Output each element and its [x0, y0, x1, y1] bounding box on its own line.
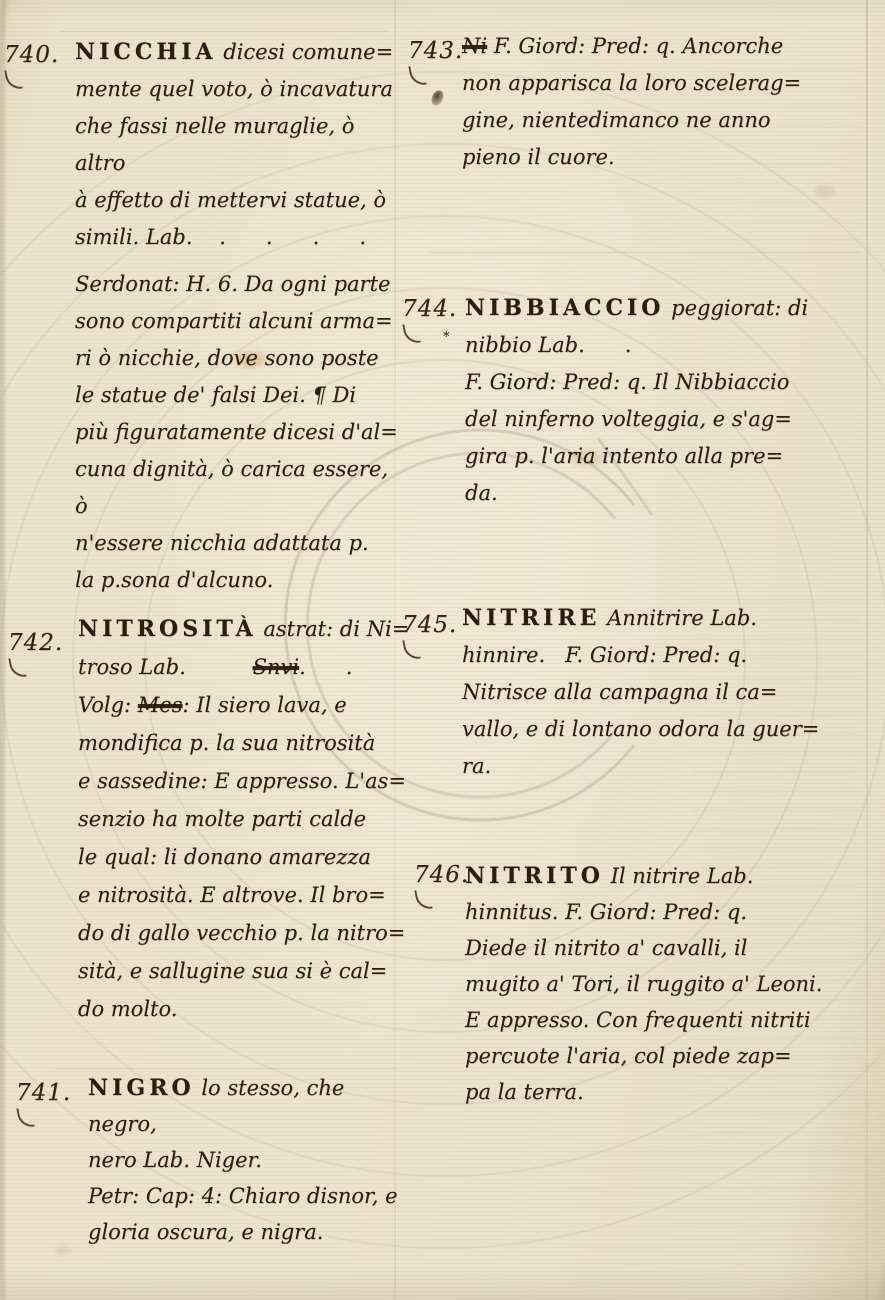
struck-text: Mes	[138, 693, 183, 717]
entry-text: NICCHIA dicesi comune=mente quel voto, ò…	[75, 34, 399, 599]
foxing-spot	[815, 185, 835, 197]
manuscript-line: Petr: Cap: 4: Chiaro disnor, e	[88, 1178, 398, 1214]
manuscript-line: più figuratamente dicesi d'al=	[75, 414, 399, 451]
entry-text: NITROSITÀ astrat: di Ni=troso Lab. Snvi.…	[78, 610, 412, 1028]
entry-number-block: 740.	[4, 44, 59, 90]
entry-number: 742.	[8, 630, 63, 656]
manuscript-line: sità, e sallugine sua si è cal=	[78, 952, 412, 990]
entry-number-block: 745.	[402, 614, 457, 660]
manuscript-line: Serdonat: H. 6. Da ogni parte	[75, 266, 399, 303]
foxing-spot	[55, 1245, 71, 1255]
manuscript-line: NICCHIA dicesi comune=	[75, 34, 399, 71]
manuscript-line: NITRITO Il nitrire Lab.	[465, 858, 865, 894]
paper-chain-line	[430, 252, 860, 253]
manuscript-line: E appresso. Con frequenti nitriti	[465, 1002, 865, 1038]
number-flourish-icon	[414, 888, 432, 911]
manuscript-line: pieno il cuore.	[462, 139, 862, 176]
number-flourish-icon	[16, 1106, 34, 1129]
manuscript-line: pa la terra.	[465, 1074, 865, 1110]
margin-asterisk: *	[443, 330, 450, 345]
manuscript-line: sono compartiti alcuni arma=	[75, 303, 399, 340]
entry-text: Ni F. Giord: Pred: q. Ancorchenon appari…	[462, 28, 862, 176]
entry-number: 741.	[16, 1080, 71, 1106]
number-flourish-icon	[402, 322, 420, 345]
number-flourish-icon	[402, 638, 420, 661]
manuscript-line: nibbio Lab. .	[465, 327, 865, 364]
paper-chain-line	[60, 31, 390, 32]
manuscript-line: Nitrisce alla campagna il ca=	[462, 674, 862, 711]
manuscript-line: ri ò nicchie, dove sono poste	[75, 340, 399, 377]
manuscript-line: F. Giord: Pred: q. Il Nibbiaccio	[465, 364, 865, 401]
manuscript-line: le statue de' falsi Dei. ¶ Di	[75, 377, 399, 414]
manuscript-line: hinnire. F. Giord: Pred: q.	[462, 637, 862, 674]
manuscript-line: gine, nientedimanco ne anno	[462, 102, 862, 139]
manuscript-line: Diede il nitrito a' cavalli, il	[465, 930, 865, 966]
entry-text: NITRIRE Annitrire Lab.hinnire. F. Giord:…	[462, 600, 862, 785]
number-flourish-icon	[8, 656, 26, 679]
manuscript-page: 740. NICCHIA dicesi comune=mente quel vo…	[0, 0, 885, 1300]
entry-number-block: 743.	[408, 40, 463, 86]
manuscript-line: do di gallo vecchio p. la nitro=	[78, 914, 412, 952]
entry-number: 740.	[4, 42, 59, 68]
manuscript-line: à effetto di mettervi statue, ò	[75, 182, 399, 219]
entry-text: NITRITO Il nitrire Lab.hinnitus. F. Gior…	[465, 858, 865, 1110]
manuscript-line: hinnitus. F. Giord: Pred: q.	[465, 894, 865, 930]
entry-headword: NIBBIACCIO	[465, 295, 664, 321]
entry-number: 746.	[414, 862, 469, 888]
entry-headword: NITRIRE	[462, 605, 600, 631]
entry-number: 743.	[408, 38, 463, 64]
manuscript-line: ra.	[462, 748, 862, 785]
manuscript-line: NIGRO lo stesso, che negro,	[88, 1070, 398, 1142]
entry-number-block: 742.	[8, 632, 63, 678]
manuscript-line: e sassedine: E appresso. L'as=	[78, 762, 412, 800]
page-left-edge	[0, 0, 7, 1300]
manuscript-line: mugito a' Tori, il ruggito a' Leoni.	[465, 966, 865, 1002]
manuscript-line: NITRIRE Annitrire Lab.	[462, 600, 862, 637]
show-through-text	[565, 1150, 860, 1265]
ink-blot	[429, 88, 446, 107]
manuscript-line: Ni F. Giord: Pred: q. Ancorche	[462, 28, 862, 65]
manuscript-line: le qual: li donano amarezza	[78, 838, 412, 876]
entry-headword: NIGRO	[88, 1075, 195, 1101]
manuscript-line: percuote l'aria, col piede zap=	[465, 1038, 865, 1074]
manuscript-line: NIBBIACCIO peggiorat: di	[465, 290, 865, 327]
manuscript-line: che fassi nelle muraglie, ò altro	[75, 108, 399, 182]
number-flourish-icon	[408, 64, 426, 87]
entry-text: NIBBIACCIO peggiorat: dinibbio Lab. .F. …	[465, 290, 865, 512]
entry-headword: NITROSITÀ	[78, 616, 257, 642]
manuscript-line: da.	[465, 475, 865, 512]
paper-chain-line	[55, 1068, 395, 1069]
entry-headword: NITRITO	[465, 863, 604, 889]
manuscript-line: simili. Lab. . . . .	[75, 219, 399, 256]
manuscript-line: e nitrosità. E altrove. Il bro=	[78, 876, 412, 914]
right-edge-crease	[866, 0, 868, 1300]
entry-number-block: 746.	[414, 864, 469, 910]
manuscript-line: vallo, e di lontano odora la guer=	[462, 711, 862, 748]
manuscript-line: gira p. l'aria intento alla pre=	[465, 438, 865, 475]
manuscript-line: NITROSITÀ astrat: di Ni=	[78, 610, 412, 648]
number-flourish-icon	[4, 68, 22, 91]
manuscript-line: non apparisca la loro scelerag=	[462, 65, 862, 102]
manuscript-line: n'essere nicchia adattata p.	[75, 525, 399, 562]
manuscript-line: nero Lab. Niger.	[88, 1142, 398, 1178]
manuscript-line: gloria oscura, e nigra.	[88, 1214, 398, 1250]
manuscript-line: troso Lab. Snvi. .	[78, 648, 412, 686]
entry-number: 744.	[402, 296, 457, 322]
manuscript-line: Volg: Mes: Il siero lava, e	[78, 686, 412, 724]
manuscript-line: senzio ha molte parti calde	[78, 800, 412, 838]
manuscript-line: del ninferno volteggia, e s'ag=	[465, 401, 865, 438]
entry-number: 745.	[402, 612, 457, 638]
entry-number-block: 741.	[16, 1082, 71, 1128]
manuscript-line: mente quel voto, ò incavatura	[75, 71, 399, 108]
manuscript-line: cuna dignità, ò carica essere, ò	[75, 451, 399, 525]
struck-text: Ni	[462, 34, 487, 58]
manuscript-line: mondifica p. la sua nitrosità	[78, 724, 412, 762]
entry-headword: NICCHIA	[75, 39, 217, 65]
manuscript-line: la p.sona d'alcuno.	[75, 562, 399, 599]
struck-text: Snvi	[253, 655, 300, 679]
entry-text: NIGRO lo stesso, che negro,nero Lab. Nig…	[88, 1070, 398, 1250]
manuscript-line: do molto.	[78, 990, 412, 1028]
paragraph-gap	[75, 256, 399, 266]
